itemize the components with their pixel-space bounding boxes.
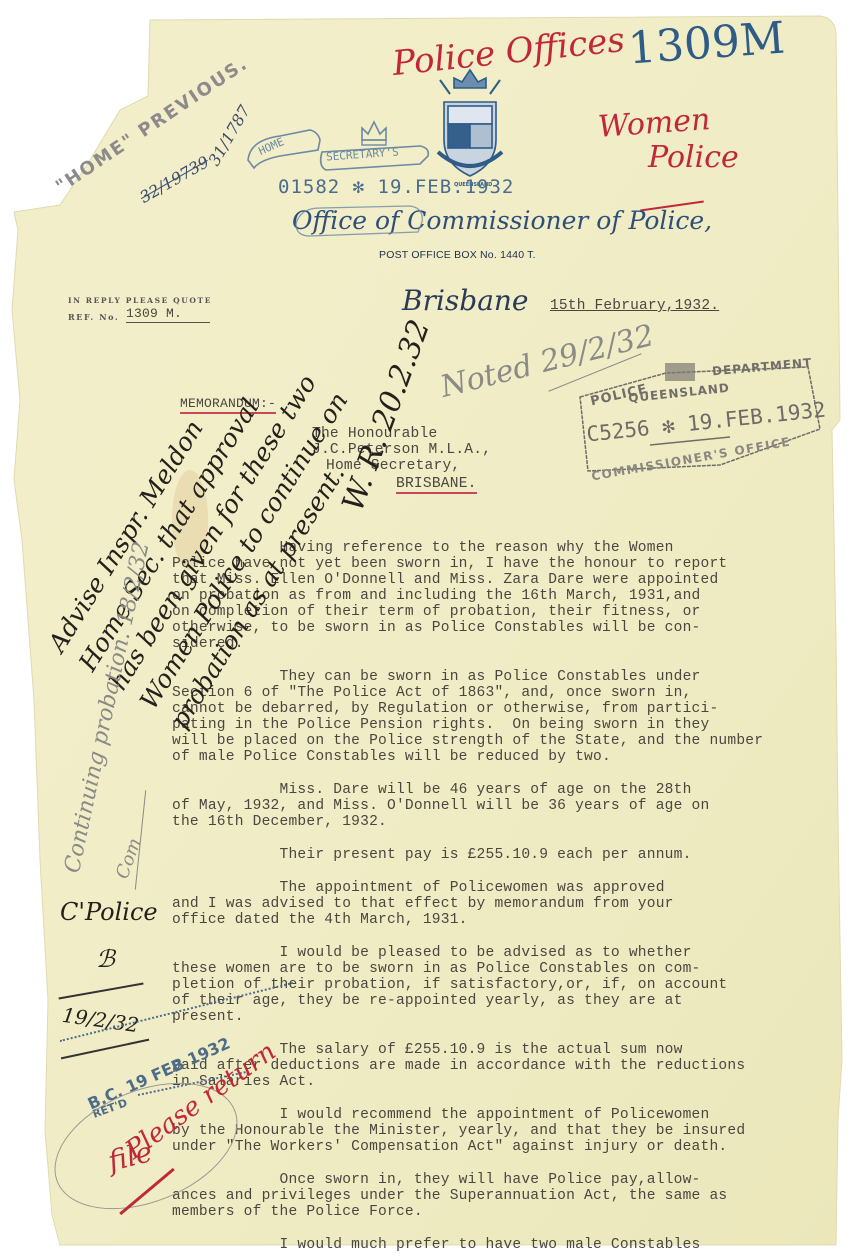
initials-mark: ℬ	[96, 945, 115, 973]
file-number: 1309M	[626, 13, 786, 75]
queensland-crest-icon	[430, 60, 510, 190]
paragraph: I would be pleased to be advised as to w…	[172, 945, 832, 1025]
paragraph: Their present pay is £255.10.9 each per …	[172, 847, 832, 863]
paragraph: I would much prefer to have two male Con…	[172, 1237, 832, 1253]
queensland-overstamp	[290, 200, 430, 246]
paragraph: I would recommend the appointment of Pol…	[172, 1107, 832, 1155]
city: Brisbane	[402, 284, 529, 317]
commissioner-note: C'Police	[60, 898, 158, 926]
ref-value: 1309 M.	[126, 306, 210, 323]
letter-body: Having reference to the reason why the W…	[172, 540, 832, 1253]
addressee-line: BRISBANE.	[396, 476, 477, 494]
paragraph: They can be sworn in as Police Constable…	[172, 669, 832, 765]
po-box: POST OFFICE BOX No. 1440 T.	[379, 249, 536, 261]
ref-label: REF. No.	[68, 312, 119, 322]
paragraph: Miss. Dare will be 46 years of age on th…	[172, 782, 832, 830]
received-stamp: 01582 ✻ 19.FEB.1932	[278, 176, 514, 198]
subject-police: Police	[648, 140, 739, 175]
paragraph: The appointment of Policewomen was appro…	[172, 880, 832, 928]
paragraph: Once sworn in, they will have Police pay…	[172, 1172, 832, 1220]
date: 15th February,1932.	[550, 298, 719, 314]
document-page: Police Offices 1309M Women Police "HOME"…	[0, 0, 854, 1260]
reply-label: IN REPLY PLEASE QUOTE	[68, 296, 212, 305]
